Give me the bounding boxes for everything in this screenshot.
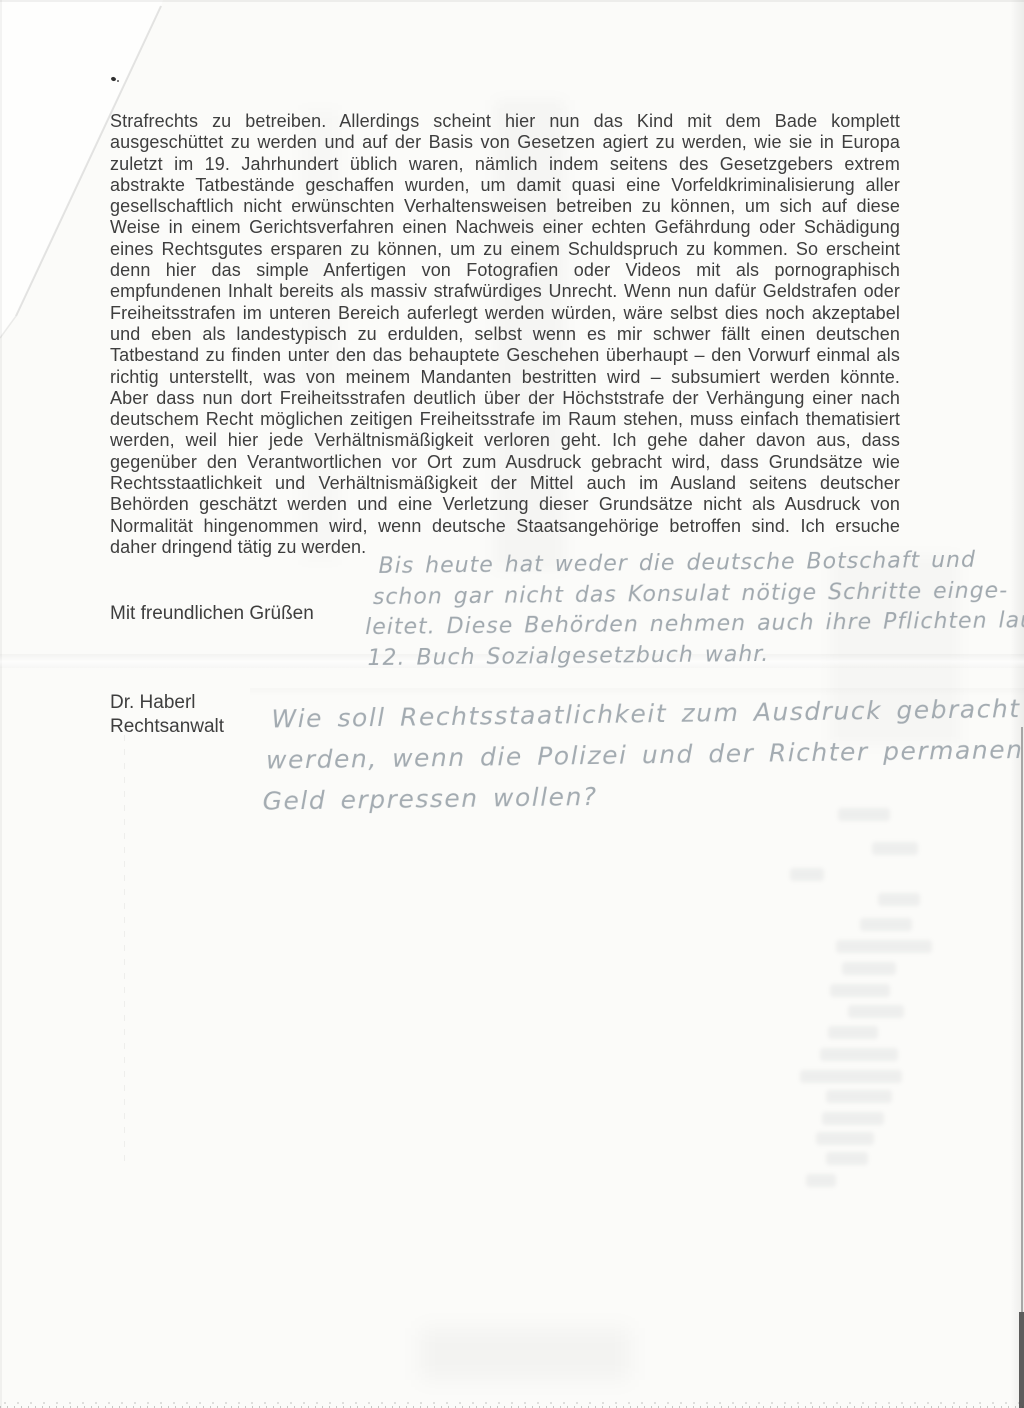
- text-line: Aber dass nun dort Freiheitsstrafen deut…: [110, 388, 900, 409]
- text-line: eines Rechtsgutes ersparen zu können, um…: [110, 239, 900, 260]
- bleed-through-fragment: [836, 940, 932, 953]
- text-line: Normalität hingenommen wird, wenn deutsc…: [110, 516, 900, 537]
- signature-name: Dr. Haberl: [110, 691, 224, 715]
- text-line: Rechtsstaatlichkeit und Verhältnismäßigk…: [110, 473, 900, 494]
- text-line: deutschem Recht möglichen zeitigen Freih…: [110, 409, 900, 430]
- text-line: empfundenen Inhalt bereits als massiv st…: [110, 281, 900, 302]
- bleed-through-fragment: [806, 1174, 836, 1187]
- bleed-through-fragment: [860, 918, 912, 931]
- text-line: zuletzt im 19. Jahrhundert üblich waren,…: [110, 154, 900, 175]
- scan-right-edge-line-thick: [1019, 1312, 1024, 1408]
- scan-smudge: [420, 1328, 630, 1380]
- scan-right-edge-line: [1021, 727, 1023, 1408]
- text-line: denn hier das simple Anfertigen von Foto…: [110, 260, 900, 281]
- bleed-through-fragment: [816, 1132, 874, 1145]
- bleed-through-fragment: [822, 1112, 884, 1125]
- bleed-through-fragment: [790, 868, 824, 881]
- paper-crease-vertical: [124, 735, 125, 1165]
- signature-block: Dr. Haberl Rechtsanwalt: [110, 691, 224, 738]
- bleed-through-fragment: [800, 1070, 902, 1083]
- text-line: Freiheitsstrafen im unteren Bereich aufe…: [110, 303, 900, 324]
- text-line: Tatbestand zu finden unter den das behau…: [110, 345, 900, 366]
- closing-salutation: Mit freundlichen Grüßen: [110, 603, 314, 625]
- signature-title: Rechtsanwalt: [110, 715, 224, 739]
- text-line: abstrakte Tatbestände geschaffen wurden,…: [110, 175, 900, 196]
- bleed-through-fragment: [826, 1152, 868, 1165]
- bleed-through-fragment: [878, 893, 920, 906]
- scan-bottom-noise: [0, 1399, 1024, 1408]
- text-line: und eben als landestypisch zu erdulden, …: [110, 324, 900, 345]
- text-line: richtig unterstellt, was von meinem Mand…: [110, 367, 900, 388]
- handwritten-note-question: Wie soll Rechtsstaatlichkeit zum Ausdruc…: [261, 689, 923, 821]
- bleed-through-fragment: [828, 1026, 878, 1039]
- text-line: ausgeschüttet zu werden und auf der Basi…: [110, 132, 900, 153]
- text-line: leitet. Diese Behörden nehmen auch ihre …: [365, 607, 955, 644]
- handwritten-note-consulate: Bis heute hat weder die deutsche Botscha…: [364, 546, 955, 674]
- bleed-through-fragment: [826, 1090, 892, 1103]
- ink-speck: [117, 80, 119, 82]
- scan-top-edge: [0, 0, 1024, 2]
- text-line: werden, weil hier jede Verhältnismäßigke…: [110, 430, 900, 451]
- bleed-through-fragment: [872, 842, 918, 855]
- bleed-through-fragment: [848, 1005, 904, 1018]
- text-line: Behörden geschätzt werden und eine Verle…: [110, 494, 900, 515]
- text-line: Weise in einem Gerichtsverfahren einen N…: [110, 217, 900, 238]
- bleed-through-fragment: [820, 1048, 898, 1061]
- text-line: gesellschaftlich nicht erwünschten Verha…: [110, 196, 900, 217]
- scan-left-edge: [0, 0, 2, 1408]
- text-line: gegenüber den Verantwortlichen vor Ort z…: [110, 452, 900, 473]
- text-line: 12. Buch Sozialgesetzbuch wahr.: [367, 637, 955, 674]
- scanned-letter-page: { "letter": { "body_lines": [ "Strafrech…: [0, 0, 1024, 1408]
- text-line: Strafrechts zu betreiben. Allerdings sch…: [110, 111, 900, 132]
- bleed-through-fragment: [830, 984, 890, 997]
- text-line: Geld erpressen wollen?: [262, 771, 923, 821]
- bleed-through-fragment: [842, 962, 896, 975]
- letter-body-paragraph: Strafrechts zu betreiben. Allerdings sch…: [110, 111, 900, 558]
